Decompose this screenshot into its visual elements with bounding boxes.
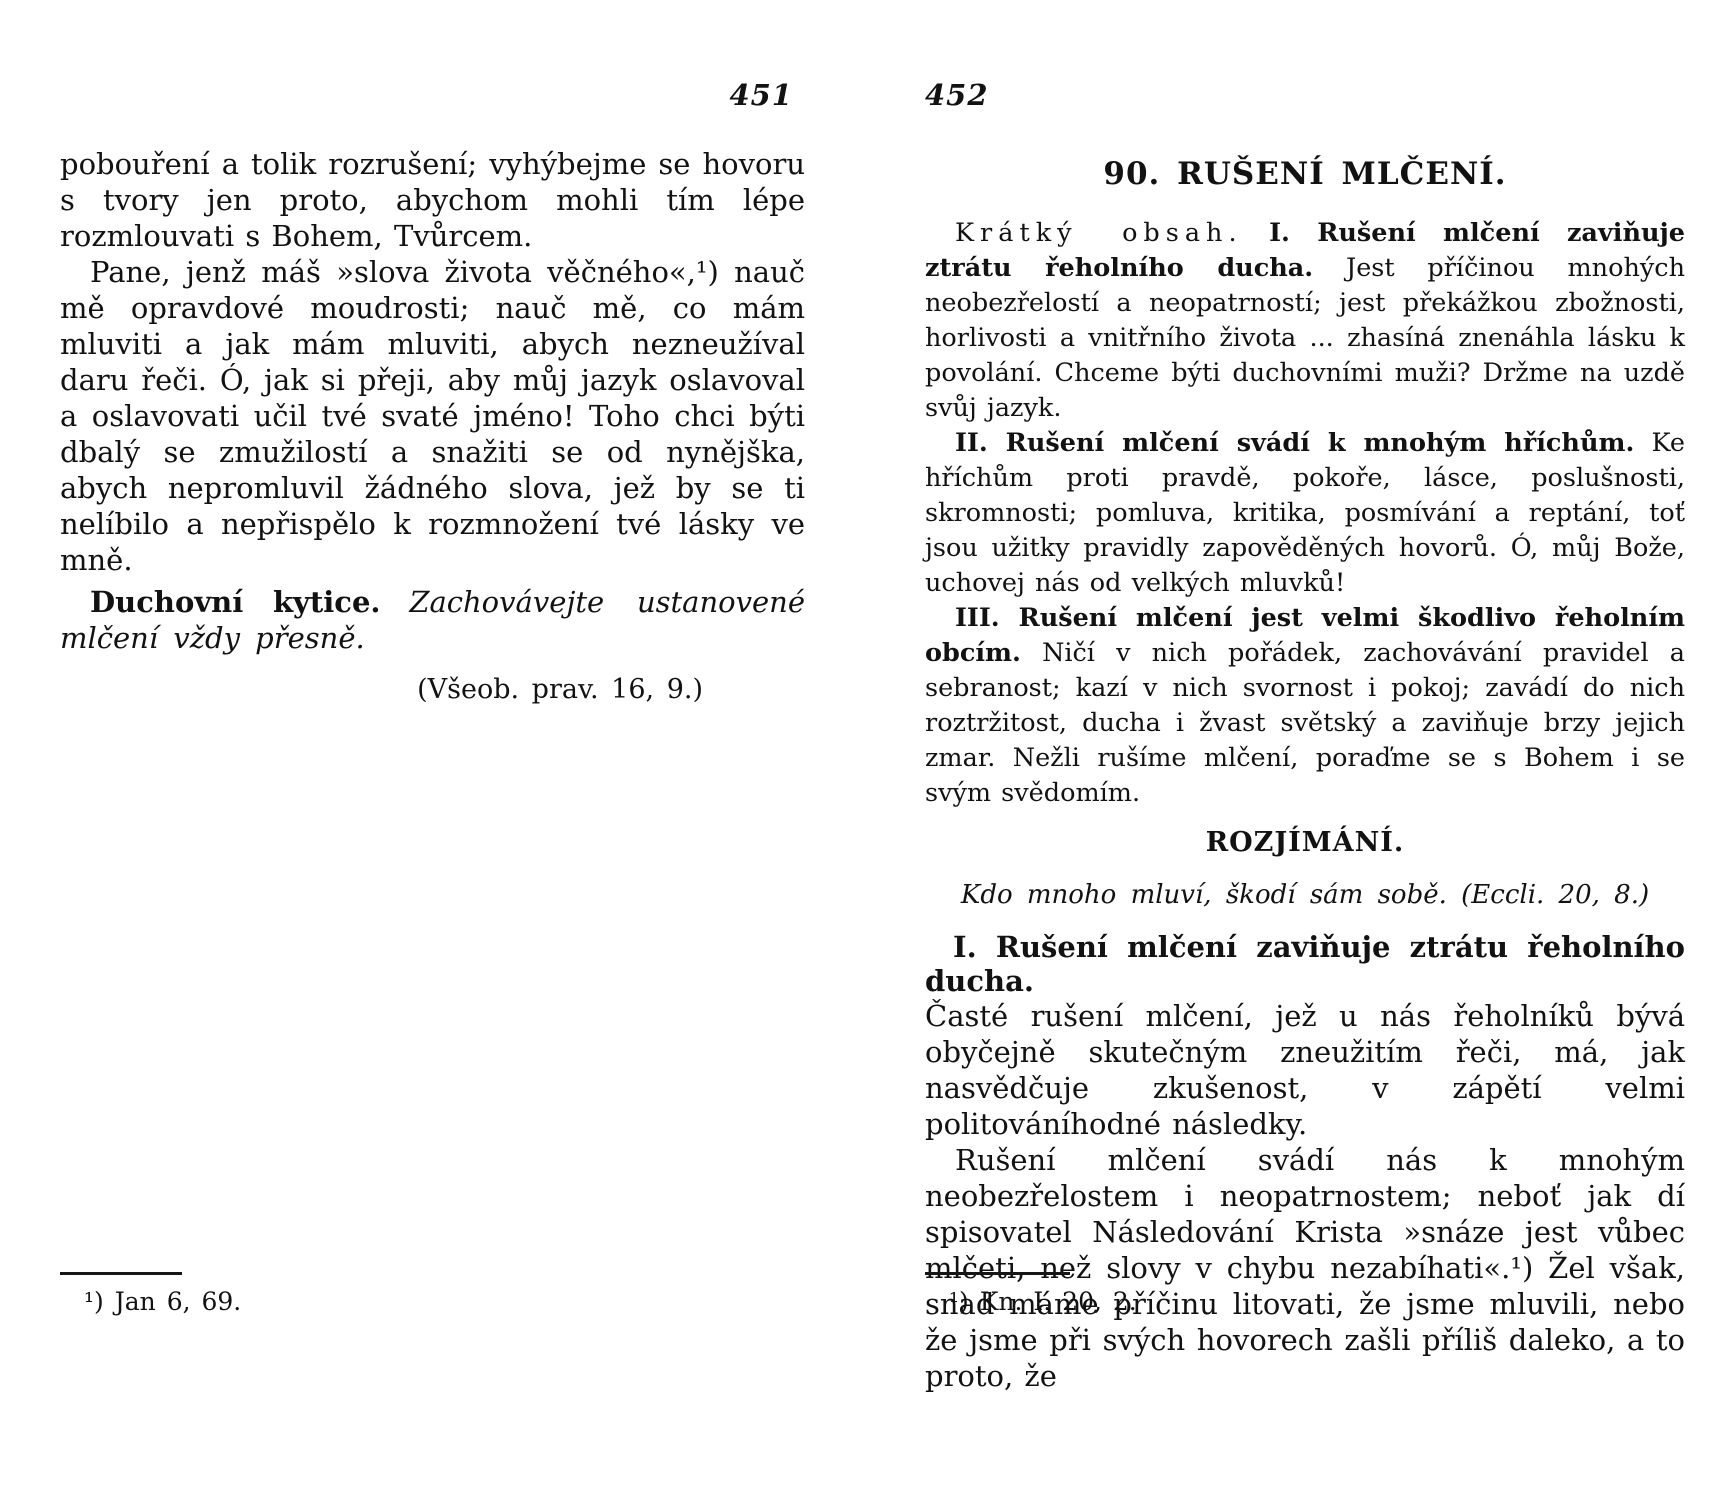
paragraph-prayer: Pane, jenž máš »slova života věčného«,¹)… [60,254,805,578]
footnote-rule [925,1272,1070,1275]
section-1-paragraph-2: Rušení mlčení svádí nás k mnohým neobezř… [925,1142,1685,1394]
page-452: 452 90. RUŠENÍ MLČENÍ. Krátký obsah. I. … [925,0,1685,1500]
page-451: 451 pobouření a tolik rozrušení; vyhýbej… [60,0,805,1500]
meditation-heading: ROZJÍMÁNÍ. [925,827,1685,858]
footnote-text: ¹) Jan 6, 69. [60,1287,241,1316]
page-451-body: pobouření a tolik rozrušení; vyhýbejme s… [60,146,805,708]
scripture-verse: Kdo mnoho mluví, škodí sám sobě. (Eccli.… [925,880,1685,910]
footnote-block-452: ¹) Kn. I. 20, 2. [925,1272,1137,1316]
summary-paragraph-2: II. Rušení mlčení svádí k mnohým hříchům… [925,426,1685,601]
summary-point-3-text: Ničí v nich pořádek, zachovávání pravide… [925,638,1685,808]
summary-paragraph-3: III. Rušení mlčení jest velmi škodlivo ř… [925,601,1685,811]
summary-paragraph-1: Krátký obsah. I. Rušení mlčení zaviňuje … [925,216,1685,426]
summary-label: Krátký obsah. [955,218,1243,248]
paragraph-continuation: pobouření a tolik rozrušení; vyhýbejme s… [60,146,805,254]
section-1-paragraph-1: Časté rušení mlčení, jež u nás řeholníků… [925,998,1685,1142]
chapter-summary: Krátký obsah. I. Rušení mlčení zaviňuje … [925,216,1685,811]
footnote-rule [60,1272,182,1275]
footnote-text: ¹) Kn. I. 20, 2. [925,1287,1137,1316]
book-spread: 451 pobouření a tolik rozrušení; vyhýbej… [0,0,1716,1500]
page-452-body: Časté rušení mlčení, jež u nás řeholníků… [925,998,1685,1394]
page-number-452: 452 [925,78,989,112]
page-number-451: 451 [729,78,793,112]
section-1-heading: I. Rušení mlčení zaviňuje ztrátu řeholní… [925,930,1685,998]
chapter-title: 90. RUŠENÍ MLČENÍ. [925,156,1685,192]
paragraph-spiritual-bouquet: Duchovní kytice. Zachovávejte ustanovené… [60,584,805,656]
footnote-block-451: ¹) Jan 6, 69. [60,1272,241,1316]
summary-point-2-heading: II. Rušení mlčení svádí k mnohým hříchům… [955,428,1634,458]
rule-citation: (Všeob. prav. 16, 9.) [60,672,805,708]
spiritual-bouquet-label: Duchovní kytice. [90,585,381,619]
